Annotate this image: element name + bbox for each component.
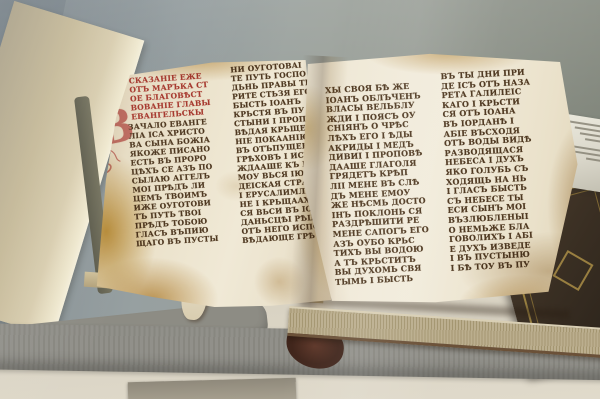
museum-photo-stage: { "scene": { "subject": "Open medieval C…	[0, 0, 600, 399]
label-text-line	[586, 158, 600, 163]
shelf-label-card	[128, 378, 297, 399]
label-text-line	[575, 151, 600, 158]
label-text-line	[585, 138, 600, 143]
label-text-line	[580, 132, 600, 138]
